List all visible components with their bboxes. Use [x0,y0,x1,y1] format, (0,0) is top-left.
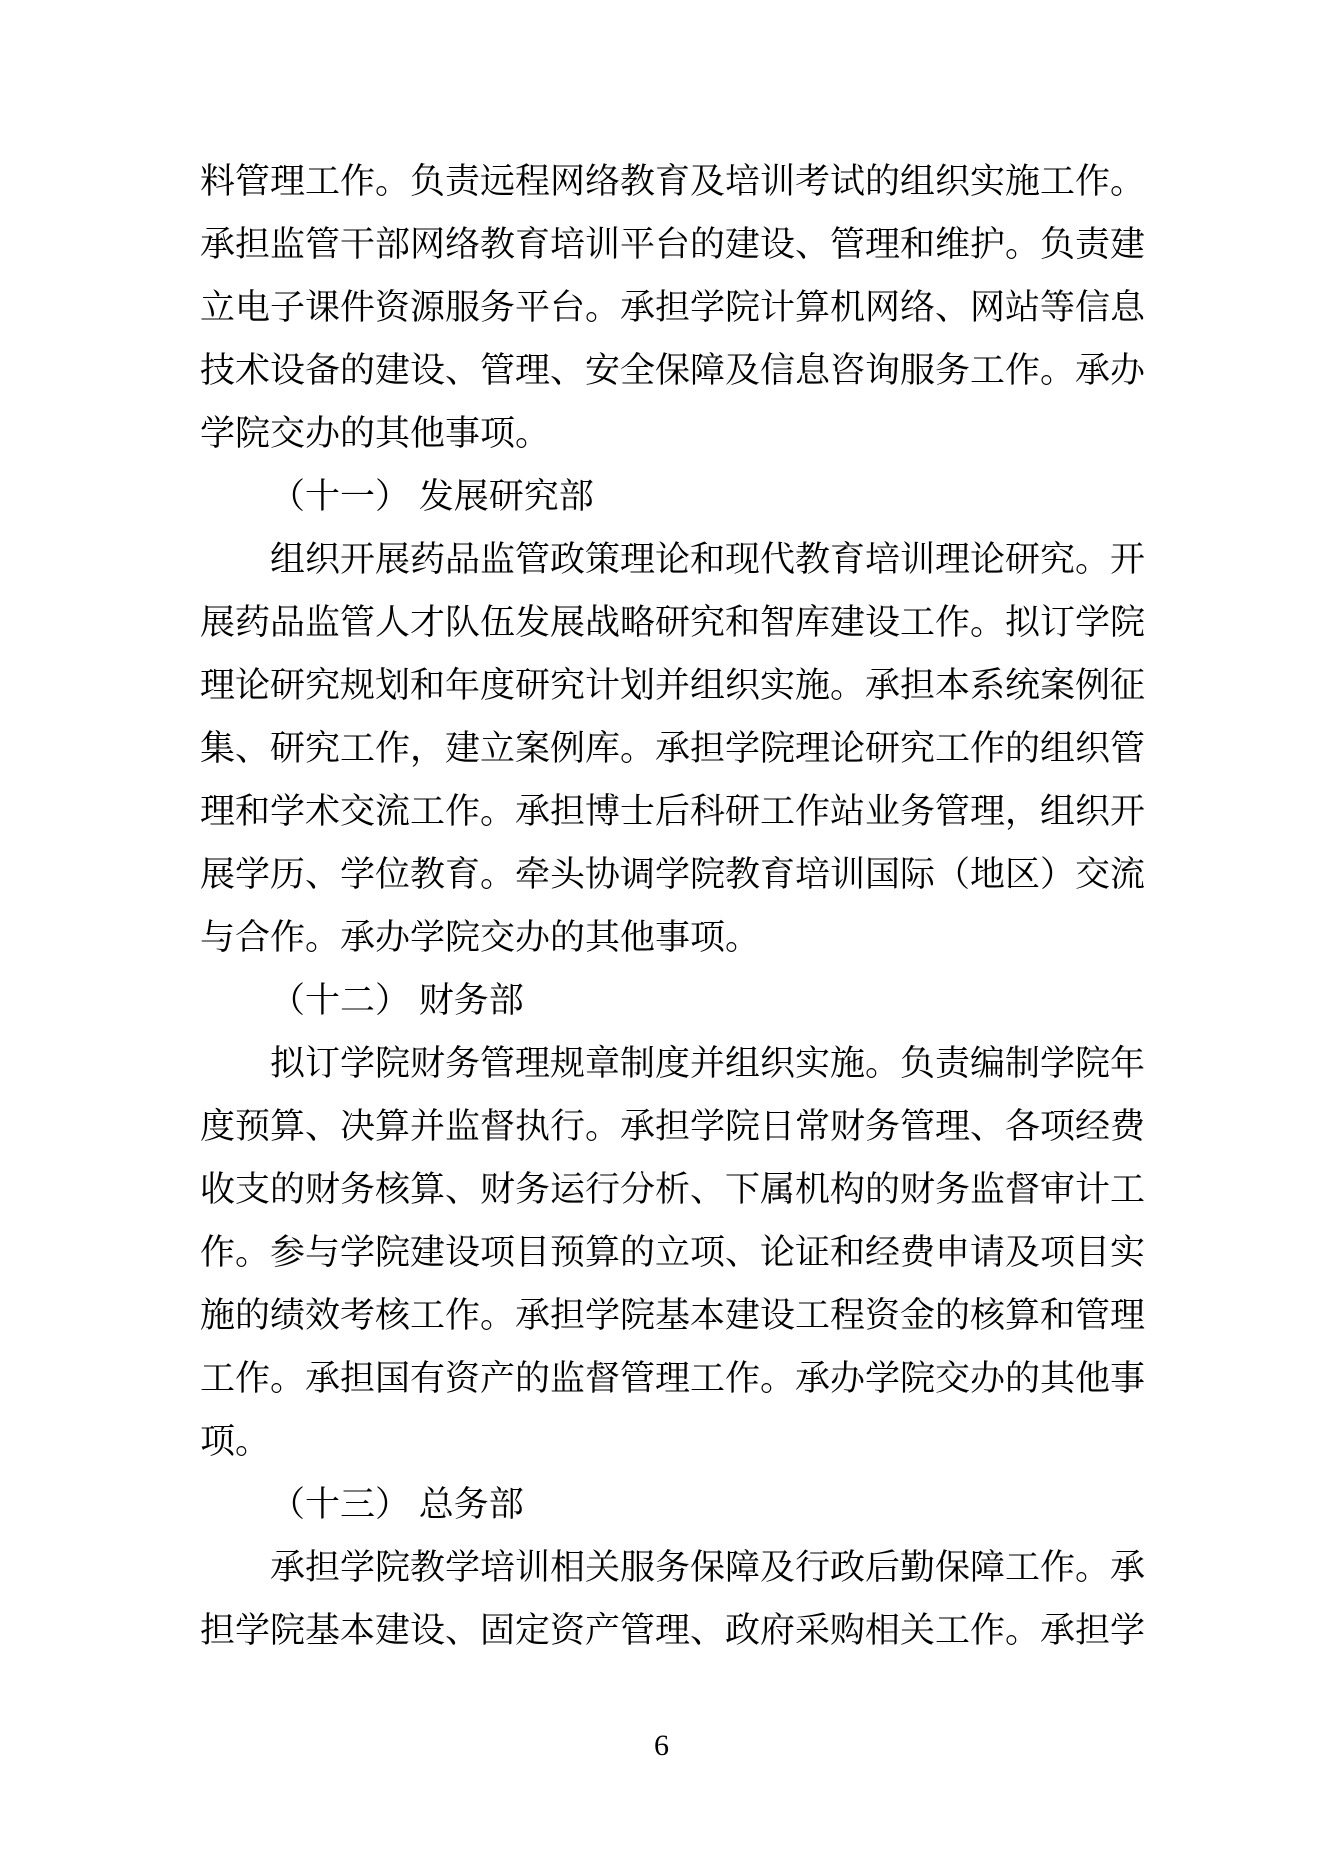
text-line: 与合作。承办学院交办的其他事项。 [200,906,1123,969]
text-line: 拟订学院财务管理规章制度并组织实施。负责编制学院年 [200,1032,1123,1095]
text-line: 作。参与学院建设项目预算的立项、论证和经费申请及项目实 [200,1221,1123,1284]
section-heading: （十三） 总务部 [200,1473,1123,1536]
document-body: 料管理工作。负责远程网络教育及培训考试的组织实施工作。承担监管干部网络教育培训平… [200,150,1123,1662]
text-line: 理论研究规划和年度研究计划并组织实施。承担本系统案例征 [200,654,1123,717]
document-page: 料管理工作。负责远程网络教育及培训考试的组织实施工作。承担监管干部网络教育培训平… [0,0,1323,1871]
text-line: 展学历、学位教育。牵头协调学院教育培训国际（地区）交流 [200,843,1123,906]
text-line: 技术设备的建设、管理、安全保障及信息咨询服务工作。承办 [200,339,1123,402]
text-line: 理和学术交流工作。承担博士后科研工作站业务管理，组织开 [200,780,1123,843]
text-line: 项。 [200,1410,1123,1473]
section-heading: （十二） 财务部 [200,969,1123,1032]
text-line: 展药品监管人才队伍发展战略研究和智库建设工作。拟订学院 [200,591,1123,654]
text-line: 料管理工作。负责远程网络教育及培训考试的组织实施工作。 [200,150,1123,213]
text-line: 收支的财务核算、财务运行分析、下属机构的财务监督审计工 [200,1158,1123,1221]
text-line: 组织开展药品监管政策理论和现代教育培训理论研究。开 [200,528,1123,591]
text-line: 立电子课件资源服务平台。承担学院计算机网络、网站等信息 [200,276,1123,339]
text-line: 承担学院教学培训相关服务保障及行政后勤保障工作。承 [200,1536,1123,1599]
text-line: 施的绩效考核工作。承担学院基本建设工程资金的核算和管理 [200,1284,1123,1347]
text-line: 担学院基本建设、固定资产管理、政府采购相关工作。承担学 [200,1599,1123,1662]
page-number: 6 [0,1728,1323,1764]
text-line: 学院交办的其他事项。 [200,402,1123,465]
section-heading: （十一） 发展研究部 [200,465,1123,528]
text-line: 工作。承担国有资产的监督管理工作。承办学院交办的其他事 [200,1347,1123,1410]
text-line: 集、研究工作，建立案例库。承担学院理论研究工作的组织管 [200,717,1123,780]
text-line: 度预算、决算并监督执行。承担学院日常财务管理、各项经费 [200,1095,1123,1158]
text-line: 承担监管干部网络教育培训平台的建设、管理和维护。负责建 [200,213,1123,276]
